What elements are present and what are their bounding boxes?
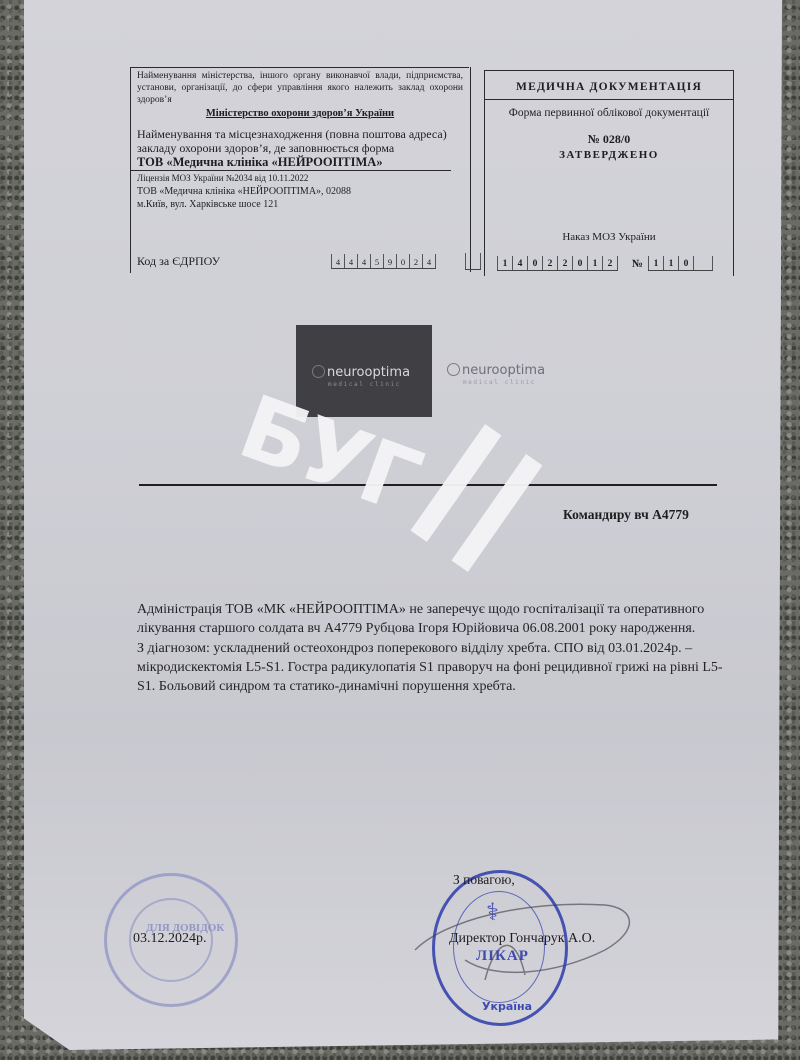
logo-name: neurooptima	[327, 365, 410, 380]
order-caption: Наказ МОЗ України	[485, 231, 733, 243]
director-signature-line: Директор Гончарук А.О.	[449, 931, 595, 947]
stamp-right-bottom: Україна	[482, 1000, 532, 1013]
header-right-block: МЕДИЧНА ДОКУМЕНТАЦІЯ Форма первинної обл…	[484, 70, 734, 276]
edrpou-digit: 4	[422, 254, 436, 268]
edrpou-digit: 4	[357, 254, 370, 268]
logo-subtitle: medical clinic	[328, 381, 410, 388]
closing-phrase: З повагою,	[453, 872, 515, 888]
clinic-logo-light: neurooptima medical clinic	[447, 361, 545, 386]
edrpou-label: Код за ЄДРПОУ	[137, 254, 220, 269]
brain-icon	[447, 363, 460, 376]
ministry-caption: Найменування міністерства, іншого органу…	[131, 68, 469, 106]
form-caption: Форма первинної облікової документації	[485, 100, 733, 120]
addressee: Командиру вч А4779	[563, 507, 689, 523]
order-date-digit: 1	[497, 256, 512, 270]
order-date-digit: 0	[527, 256, 542, 270]
edrpou-digit: 9	[383, 254, 396, 268]
form-number: № 028/0	[485, 132, 733, 147]
logo-name: neurooptima	[462, 363, 545, 378]
edrpou-digit: 2	[409, 254, 422, 268]
brain-icon	[312, 365, 325, 378]
order-date-digit: 4	[512, 256, 527, 270]
order-number-digit: 0	[678, 256, 693, 270]
caduceus-icon: ⚕	[486, 898, 499, 927]
order-date-digit: 0	[572, 256, 587, 270]
letter-body: Адміністрація ТОВ «МК «НЕЙРООПТІМА» не з…	[137, 600, 727, 696]
empty-box	[465, 253, 481, 270]
order-number-digit: 1	[648, 256, 663, 270]
edrpou-digit: 4	[344, 254, 357, 268]
address-line-2: м.Київ, вул. Харківське шосе 121	[131, 197, 469, 210]
header-left-block: Найменування міністерства, іншого органу…	[130, 67, 469, 273]
logo-subtitle: medical clinic	[463, 379, 545, 386]
edrpou-digit: 4	[331, 254, 344, 268]
header-divider	[470, 67, 471, 272]
order-number-sign: №	[632, 258, 643, 270]
horizontal-rule	[139, 484, 717, 486]
order-date-digit: 1	[587, 256, 602, 270]
order-date-digit: 2	[542, 256, 557, 270]
document-date: 03.12.2024р.	[133, 931, 207, 947]
body-paragraph-2: З діагнозом: ускладнений остеохондроз по…	[137, 639, 727, 697]
address-line-1: ТОВ «Медична клініка «НЕЙРООПТІМА», 0208…	[131, 184, 469, 197]
stamp-right-center: ЛІКАР	[476, 948, 529, 965]
order-number-digit	[693, 256, 713, 270]
license-text: Ліцензія МОЗ України №2034 від 10.11.202…	[131, 171, 469, 184]
ministry-name: Міністерство охорони здоров’я України	[131, 108, 469, 119]
order-number-digit: 1	[663, 256, 678, 270]
order-date-digit: 2	[602, 256, 618, 270]
medical-documentation-title: МЕДИЧНА ДОКУМЕНТАЦІЯ	[485, 71, 733, 100]
facility-caption: Найменування та місцезнаходження (повна …	[131, 119, 469, 155]
order-date-digit: 2	[557, 256, 572, 270]
edrpou-digit: 5	[370, 254, 383, 268]
body-paragraph-1: Адміністрація ТОВ «МК «НЕЙРООПТІМА» не з…	[137, 600, 727, 639]
facility-name: ТОВ «Медична клініка «НЕЙРООПТІМА»	[131, 155, 451, 171]
order-number: 1 1 0	[648, 256, 713, 271]
order-date: 1 4 0 2 2 0 1 2	[497, 256, 618, 271]
empty-cell	[465, 253, 481, 269]
approved-label: ЗАТВЕРДЖЕНО	[485, 149, 733, 161]
edrpou-code: 4 4 4 5 9 0 2 4	[331, 254, 436, 269]
edrpou-digit: 0	[396, 254, 409, 268]
